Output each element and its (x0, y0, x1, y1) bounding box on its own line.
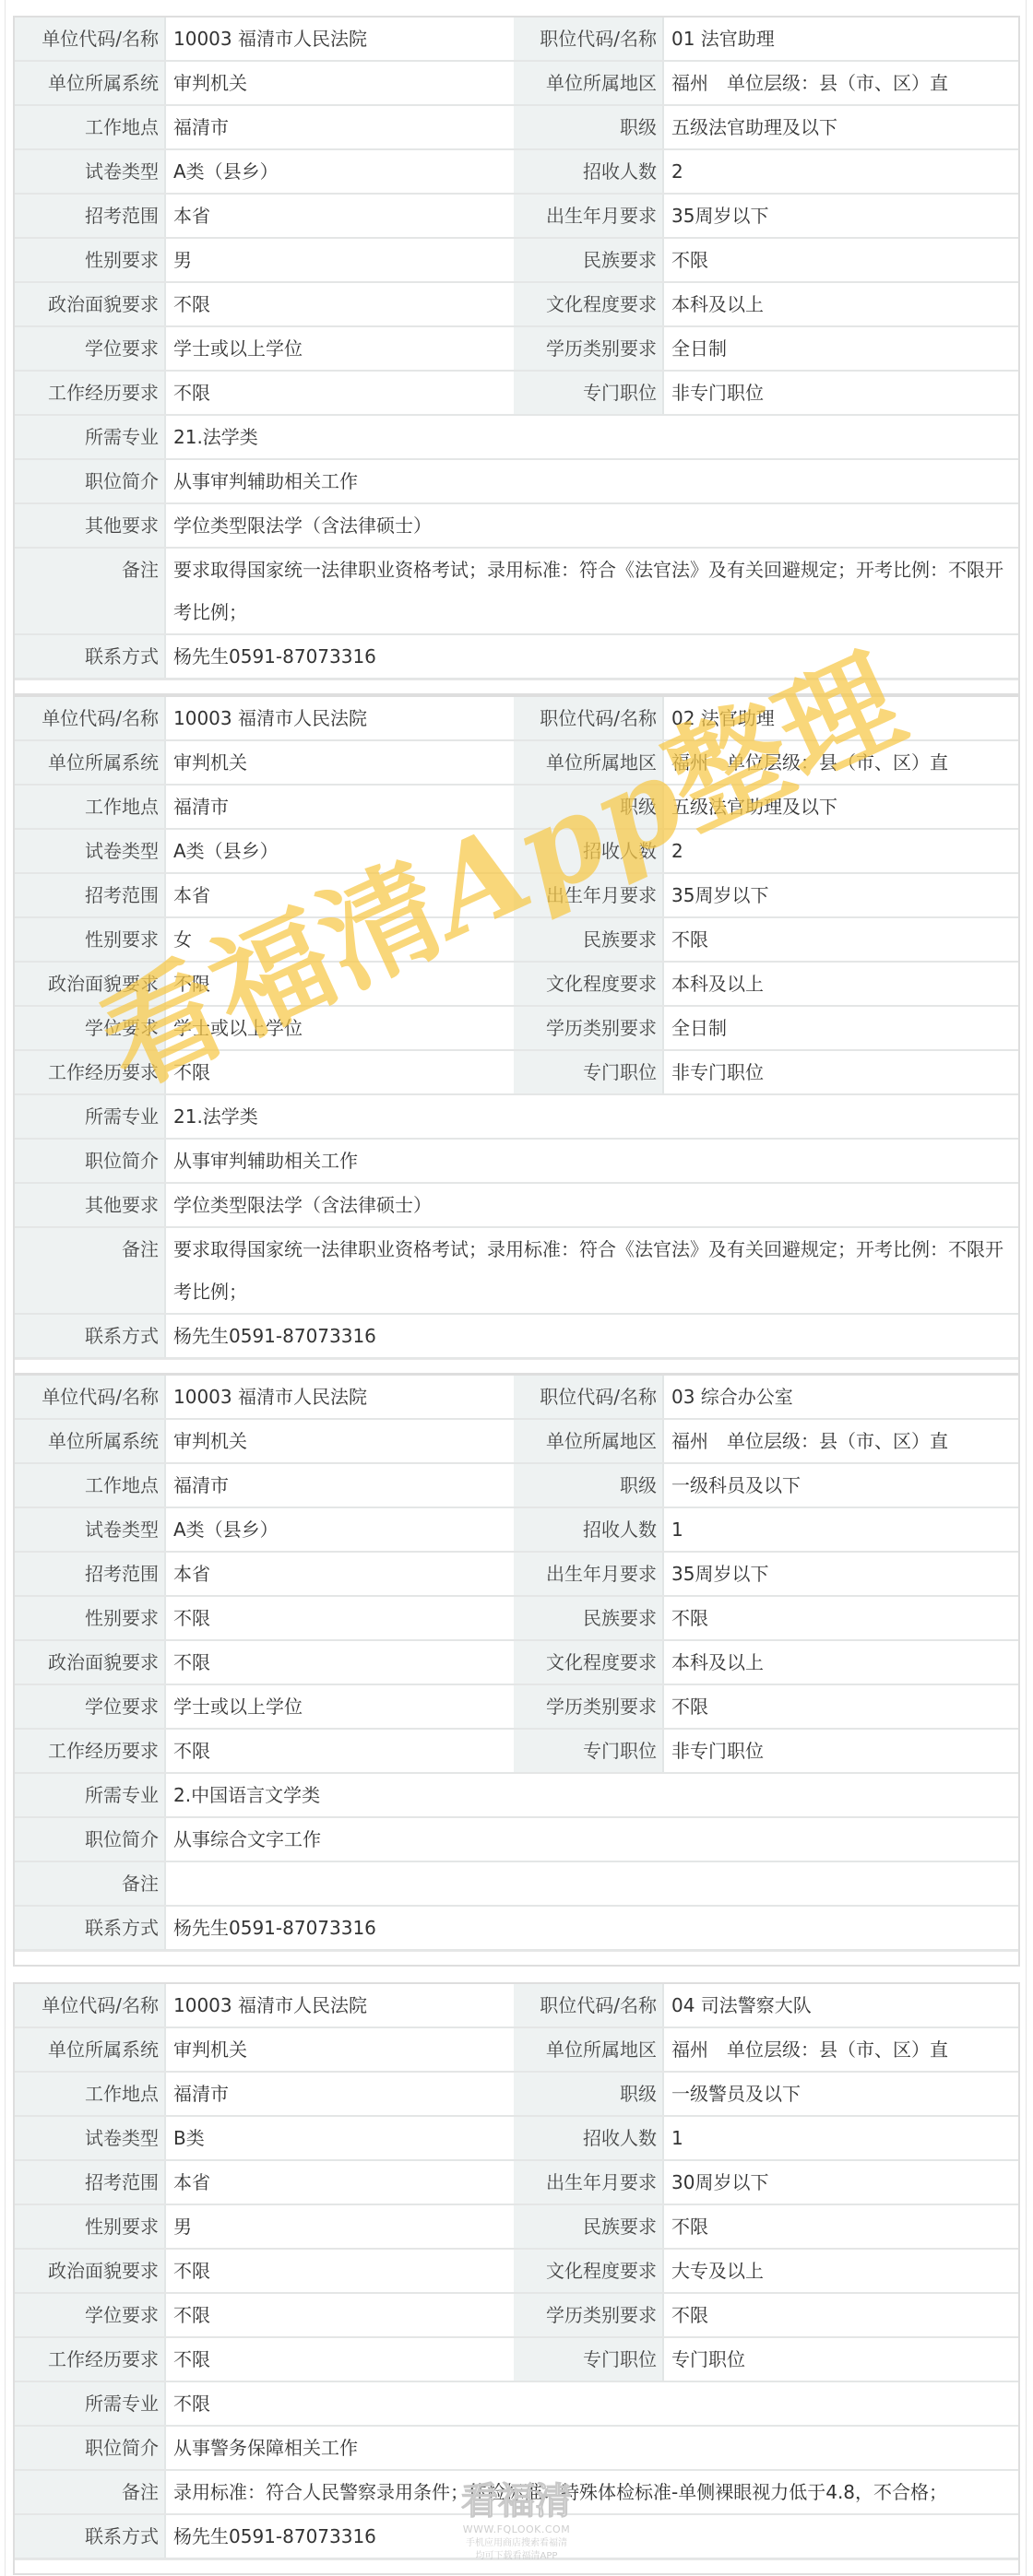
remarks-value (165, 1861, 1018, 1906)
position-code-name-value: 04 司法警察大队 (663, 1984, 1018, 2027)
unit-code-name-label: 单位代码/名称 (15, 1984, 165, 2027)
table-row: 工作地点 福清市 职级 一级科员及以下 (15, 1463, 1018, 1507)
political-req-label: 政治面貌要求 (15, 282, 165, 326)
table-row: 职位简介 从事审判辅助相关工作 (15, 1139, 1018, 1183)
remarks-value: 要求取得国家统一法律职业资格考试；录用标准：符合《法官法》及有关回避规定；开考比… (165, 1227, 1018, 1314)
rank-value: 一级科员及以下 (663, 1463, 1018, 1507)
rank-label: 职级 (514, 105, 663, 149)
contact-value: 杨先生0591-87073316 (165, 2514, 1018, 2558)
age-req-label: 出生年月要求 (514, 1552, 663, 1596)
special-position-value: 专门职位 (663, 2337, 1018, 2381)
unit-region-value: 福州 单位层级：县（市、区）直 (663, 1419, 1018, 1463)
recruit-scope-label: 招考范围 (15, 1552, 165, 1596)
table-row: 学位要求 学士或以上学位 学历类别要求 全日制 (15, 326, 1018, 371)
unit-system-label: 单位所属系统 (15, 740, 165, 785)
unit-code-name-label: 单位代码/名称 (15, 697, 165, 740)
remarks-value: 要求取得国家统一法律职业资格考试；录用标准：符合《法官法》及有关回避规定；开考比… (165, 548, 1018, 634)
unit-region-value: 福州 单位层级：县（市、区）直 (663, 740, 1018, 785)
major-value: 不限 (165, 2381, 1018, 2426)
degree-req-value: 学士或以上学位 (165, 326, 514, 371)
special-position-value: 非专门职位 (663, 371, 1018, 415)
table-row: 联系方式 杨先生0591-87073316 (15, 634, 1018, 679)
table-row: 政治面貌要求 不限 文化程度要求 本科及以上 (15, 962, 1018, 1006)
edu-type-req-value: 全日制 (663, 1006, 1018, 1050)
contact-label: 联系方式 (15, 1314, 165, 1358)
political-req-label: 政治面貌要求 (15, 962, 165, 1006)
table-row: 招考范围 本省 出生年月要求 35周岁以下 (15, 194, 1018, 238)
education-req-label: 文化程度要求 (514, 1640, 663, 1684)
major-value: 2.中国语言文学类 (165, 1773, 1018, 1817)
table-row: 试卷类型 A类（县乡） 招收人数 1 (15, 1507, 1018, 1552)
political-req-value: 不限 (165, 1640, 514, 1684)
recruit-scope-label: 招考范围 (15, 194, 165, 238)
exam-type-value: A类（县乡） (165, 149, 514, 194)
position-card-02: 单位代码/名称 10003 福清市人民法院 职位代码/名称 02 法官助理 单位… (13, 695, 1020, 1375)
unit-code-name-value: 10003 福清市人民法院 (165, 1376, 514, 1419)
major-label: 所需专业 (15, 415, 165, 459)
other-req-value: 学位类型限法学（含法律硕士） (165, 1183, 1018, 1227)
exam-type-label: 试卷类型 (15, 829, 165, 873)
gender-req-label: 性别要求 (15, 238, 165, 282)
work-exp-req-label: 工作经历要求 (15, 371, 165, 415)
work-exp-req-value: 不限 (165, 371, 514, 415)
other-req-label: 其他要求 (15, 1183, 165, 1227)
remarks-value: 录用标准：符合人民警察录用条件；体检标准：特殊体检标准-单侧裸眼视力低于4.8，… (165, 2470, 1018, 2514)
work-exp-req-label: 工作经历要求 (15, 1050, 165, 1094)
ethnicity-req-value: 不限 (663, 238, 1018, 282)
table-row: 联系方式 杨先生0591-87073316 (15, 1906, 1018, 1950)
age-req-label: 出生年月要求 (514, 873, 663, 917)
position-desc-value: 从事综合文字工作 (165, 1817, 1018, 1861)
edu-type-req-value: 全日制 (663, 326, 1018, 371)
gender-req-value: 不限 (165, 1596, 514, 1640)
political-req-value: 不限 (165, 962, 514, 1006)
table-row: 联系方式 杨先生0591-87073316 (15, 2514, 1018, 2558)
table-row: 试卷类型 A类（县乡） 招收人数 2 (15, 829, 1018, 873)
headcount-value: 1 (663, 2116, 1018, 2160)
political-req-label: 政治面貌要求 (15, 1640, 165, 1684)
gender-req-label: 性别要求 (15, 1596, 165, 1640)
headcount-label: 招收人数 (514, 829, 663, 873)
political-req-value: 不限 (165, 282, 514, 326)
special-position-label: 专门职位 (514, 1729, 663, 1773)
edu-type-req-label: 学历类别要求 (514, 1006, 663, 1050)
table-row: 学位要求 学士或以上学位 学历类别要求 全日制 (15, 1006, 1018, 1050)
table-row: 试卷类型 B类 招收人数 1 (15, 2116, 1018, 2160)
gender-req-value: 女 (165, 917, 514, 962)
contact-value: 杨先生0591-87073316 (165, 634, 1018, 679)
edu-type-req-label: 学历类别要求 (514, 1684, 663, 1729)
edu-type-req-label: 学历类别要求 (514, 326, 663, 371)
table-row: 试卷类型 A类（县乡） 招收人数 2 (15, 149, 1018, 194)
contact-value: 杨先生0591-87073316 (165, 1314, 1018, 1358)
work-location-value: 福清市 (165, 785, 514, 829)
table-row: 工作地点 福清市 职级 五级法官助理及以下 (15, 785, 1018, 829)
card-footer (15, 679, 1018, 693)
table-row: 招考范围 本省 出生年月要求 30周岁以下 (15, 2160, 1018, 2204)
other-req-value: 学位类型限法学（含法律硕士） (165, 503, 1018, 548)
position-desc-label: 职位简介 (15, 2426, 165, 2470)
unit-system-value: 审判机关 (165, 740, 514, 785)
ethnicity-req-label: 民族要求 (514, 238, 663, 282)
work-location-value: 福清市 (165, 105, 514, 149)
degree-req-value: 学士或以上学位 (165, 1684, 514, 1729)
degree-req-label: 学位要求 (15, 1684, 165, 1729)
work-exp-req-value: 不限 (165, 1729, 514, 1773)
position-table: 单位代码/名称 10003 福清市人民法院 职位代码/名称 02 法官助理 单位… (15, 697, 1018, 1359)
position-table: 单位代码/名称 10003 福清市人民法院 职位代码/名称 01 法官助理 单位… (15, 18, 1018, 679)
education-req-value: 本科及以上 (663, 962, 1018, 1006)
remarks-label: 备注 (15, 1861, 165, 1906)
unit-region-label: 单位所属地区 (514, 1419, 663, 1463)
position-code-name-label: 职位代码/名称 (514, 1984, 663, 2027)
remarks-label: 备注 (15, 548, 165, 634)
special-position-label: 专门职位 (514, 2337, 663, 2381)
degree-req-label: 学位要求 (15, 2293, 165, 2337)
unit-code-name-value: 10003 福清市人民法院 (165, 1984, 514, 2027)
exam-type-value: A类（县乡） (165, 829, 514, 873)
table-row: 招考范围 本省 出生年月要求 35周岁以下 (15, 873, 1018, 917)
education-req-label: 文化程度要求 (514, 2249, 663, 2293)
work-location-label: 工作地点 (15, 105, 165, 149)
position-desc-value: 从事审判辅助相关工作 (165, 1139, 1018, 1183)
unit-system-value: 审判机关 (165, 1419, 514, 1463)
position-card-01: 单位代码/名称 10003 福清市人民法院 职位代码/名称 01 法官助理 单位… (13, 16, 1020, 695)
table-row: 备注 要求取得国家统一法律职业资格考试；录用标准：符合《法官法》及有关回避规定；… (15, 1227, 1018, 1314)
major-label: 所需专业 (15, 1094, 165, 1139)
exam-type-label: 试卷类型 (15, 2116, 165, 2160)
position-code-name-label: 职位代码/名称 (514, 1376, 663, 1419)
table-row: 所需专业 21.法学类 (15, 415, 1018, 459)
table-row: 备注 (15, 1861, 1018, 1906)
table-row: 所需专业 不限 (15, 2381, 1018, 2426)
table-row: 职位简介 从事审判辅助相关工作 (15, 459, 1018, 503)
age-req-value: 35周岁以下 (663, 1552, 1018, 1596)
age-req-value: 35周岁以下 (663, 194, 1018, 238)
major-label: 所需专业 (15, 1773, 165, 1817)
table-row: 职位简介 从事综合文字工作 (15, 1817, 1018, 1861)
special-position-label: 专门职位 (514, 371, 663, 415)
contact-label: 联系方式 (15, 2514, 165, 2558)
table-row: 政治面貌要求 不限 文化程度要求 本科及以上 (15, 282, 1018, 326)
unit-region-label: 单位所属地区 (514, 740, 663, 785)
table-row: 单位代码/名称 10003 福清市人民法院 职位代码/名称 04 司法警察大队 (15, 1984, 1018, 2027)
work-location-value: 福清市 (165, 2072, 514, 2116)
position-desc-value: 从事审判辅助相关工作 (165, 459, 1018, 503)
special-position-value: 非专门职位 (663, 1050, 1018, 1094)
exam-type-label: 试卷类型 (15, 149, 165, 194)
edu-type-req-value: 不限 (663, 2293, 1018, 2337)
unit-system-label: 单位所属系统 (15, 2027, 165, 2072)
degree-req-value: 不限 (165, 2293, 514, 2337)
rank-value: 五级法官助理及以下 (663, 785, 1018, 829)
major-value: 21.法学类 (165, 1094, 1018, 1139)
headcount-label: 招收人数 (514, 149, 663, 194)
recruit-scope-value: 本省 (165, 1552, 514, 1596)
major-value: 21.法学类 (165, 415, 1018, 459)
political-req-label: 政治面貌要求 (15, 2249, 165, 2293)
table-row: 单位代码/名称 10003 福清市人民法院 职位代码/名称 03 综合办公室 (15, 1376, 1018, 1419)
position-desc-value: 从事警务保障相关工作 (165, 2426, 1018, 2470)
degree-req-label: 学位要求 (15, 326, 165, 371)
table-row: 所需专业 21.法学类 (15, 1094, 1018, 1139)
table-row: 单位代码/名称 10003 福清市人民法院 职位代码/名称 02 法官助理 (15, 697, 1018, 740)
card-footer (15, 2559, 1018, 2573)
other-req-label: 其他要求 (15, 503, 165, 548)
gender-req-label: 性别要求 (15, 917, 165, 962)
remarks-label: 备注 (15, 2470, 165, 2514)
edu-type-req-value: 不限 (663, 1684, 1018, 1729)
headcount-label: 招收人数 (514, 2116, 663, 2160)
recruit-scope-value: 本省 (165, 194, 514, 238)
work-location-value: 福清市 (165, 1463, 514, 1507)
contact-label: 联系方式 (15, 1906, 165, 1950)
table-row: 工作经历要求 不限 专门职位 非专门职位 (15, 371, 1018, 415)
position-card-04: 单位代码/名称 10003 福清市人民法院 职位代码/名称 04 司法警察大队 … (13, 1982, 1020, 2575)
rank-label: 职级 (514, 1463, 663, 1507)
work-exp-req-label: 工作经历要求 (15, 1729, 165, 1773)
position-code-name-value: 03 综合办公室 (663, 1376, 1018, 1419)
position-code-name-label: 职位代码/名称 (514, 18, 663, 61)
table-row: 备注 要求取得国家统一法律职业资格考试；录用标准：符合《法官法》及有关回避规定；… (15, 548, 1018, 634)
table-row: 政治面貌要求 不限 文化程度要求 大专及以上 (15, 2249, 1018, 2293)
position-desc-label: 职位简介 (15, 459, 165, 503)
ethnicity-req-label: 民族要求 (514, 917, 663, 962)
table-row: 工作经历要求 不限 专门职位 专门职位 (15, 2337, 1018, 2381)
table-row: 单位所属系统 审判机关 单位所属地区 福州 单位层级：县（市、区）直 (15, 1419, 1018, 1463)
rank-value: 五级法官助理及以下 (663, 105, 1018, 149)
unit-code-name-label: 单位代码/名称 (15, 18, 165, 61)
table-row: 联系方式 杨先生0591-87073316 (15, 1314, 1018, 1358)
card-footer (15, 1359, 1018, 1373)
special-position-label: 专门职位 (514, 1050, 663, 1094)
unit-system-label: 单位所属系统 (15, 1419, 165, 1463)
ethnicity-req-value: 不限 (663, 1596, 1018, 1640)
gender-req-value: 男 (165, 2204, 514, 2249)
ethnicity-req-value: 不限 (663, 2204, 1018, 2249)
age-req-value: 30周岁以下 (663, 2160, 1018, 2204)
position-table: 单位代码/名称 10003 福清市人民法院 职位代码/名称 03 综合办公室 单… (15, 1376, 1018, 1951)
rank-value: 一级警员及以下 (663, 2072, 1018, 2116)
ethnicity-req-label: 民族要求 (514, 1596, 663, 1640)
table-row: 招考范围 本省 出生年月要求 35周岁以下 (15, 1552, 1018, 1596)
headcount-label: 招收人数 (514, 1507, 663, 1552)
table-row: 性别要求 男 民族要求 不限 (15, 2204, 1018, 2249)
education-req-label: 文化程度要求 (514, 282, 663, 326)
unit-system-label: 单位所属系统 (15, 61, 165, 105)
table-row: 学位要求 不限 学历类别要求 不限 (15, 2293, 1018, 2337)
work-exp-req-value: 不限 (165, 1050, 514, 1094)
table-row: 性别要求 不限 民族要求 不限 (15, 1596, 1018, 1640)
table-row: 其他要求 学位类型限法学（含法律硕士） (15, 1183, 1018, 1227)
age-req-label: 出生年月要求 (514, 2160, 663, 2204)
contact-value: 杨先生0591-87073316 (165, 1906, 1018, 1950)
work-location-label: 工作地点 (15, 785, 165, 829)
political-req-value: 不限 (165, 2249, 514, 2293)
work-exp-req-label: 工作经历要求 (15, 2337, 165, 2381)
gender-req-value: 男 (165, 238, 514, 282)
unit-code-name-value: 10003 福清市人民法院 (165, 697, 514, 740)
table-row: 学位要求 学士或以上学位 学历类别要求 不限 (15, 1684, 1018, 1729)
position-desc-label: 职位简介 (15, 1139, 165, 1183)
education-req-value: 本科及以上 (663, 1640, 1018, 1684)
headcount-value: 1 (663, 1507, 1018, 1552)
ethnicity-req-value: 不限 (663, 917, 1018, 962)
headcount-value: 2 (663, 149, 1018, 194)
remarks-label: 备注 (15, 1227, 165, 1314)
position-code-name-value: 02 法官助理 (663, 697, 1018, 740)
unit-system-value: 审判机关 (165, 61, 514, 105)
education-req-label: 文化程度要求 (514, 962, 663, 1006)
table-row: 职位简介 从事警务保障相关工作 (15, 2426, 1018, 2470)
card-footer (15, 1951, 1018, 1965)
age-req-label: 出生年月要求 (514, 194, 663, 238)
recruit-scope-label: 招考范围 (15, 2160, 165, 2204)
exam-type-value: A类（县乡） (165, 1507, 514, 1552)
rank-label: 职级 (514, 2072, 663, 2116)
table-row: 单位所属系统 审判机关 单位所属地区 福州 单位层级：县（市、区）直 (15, 61, 1018, 105)
edu-type-req-label: 学历类别要求 (514, 2293, 663, 2337)
table-row: 工作经历要求 不限 专门职位 非专门职位 (15, 1729, 1018, 1773)
education-req-value: 大专及以上 (663, 2249, 1018, 2293)
degree-req-label: 学位要求 (15, 1006, 165, 1050)
education-req-value: 本科及以上 (663, 282, 1018, 326)
table-row: 工作地点 福清市 职级 一级警员及以下 (15, 2072, 1018, 2116)
unit-code-name-label: 单位代码/名称 (15, 1376, 165, 1419)
exam-type-label: 试卷类型 (15, 1507, 165, 1552)
unit-region-value: 福州 单位层级：县（市、区）直 (663, 61, 1018, 105)
position-desc-label: 职位简介 (15, 1817, 165, 1861)
unit-region-value: 福州 单位层级：县（市、区）直 (663, 2027, 1018, 2072)
table-row: 其他要求 学位类型限法学（含法律硕士） (15, 503, 1018, 548)
unit-code-name-value: 10003 福清市人民法院 (165, 18, 514, 61)
position-code-name-value: 01 法官助理 (663, 18, 1018, 61)
recruit-scope-value: 本省 (165, 2160, 514, 2204)
special-position-value: 非专门职位 (663, 1729, 1018, 1773)
position-table: 单位代码/名称 10003 福清市人民法院 职位代码/名称 04 司法警察大队 … (15, 1984, 1018, 2559)
table-row: 单位所属系统 审判机关 单位所属地区 福州 单位层级：县（市、区）直 (15, 2027, 1018, 2072)
table-row: 政治面貌要求 不限 文化程度要求 本科及以上 (15, 1640, 1018, 1684)
unit-region-label: 单位所属地区 (514, 61, 663, 105)
gender-req-label: 性别要求 (15, 2204, 165, 2249)
contact-label: 联系方式 (15, 634, 165, 679)
exam-type-value: B类 (165, 2116, 514, 2160)
unit-region-label: 单位所属地区 (514, 2027, 663, 2072)
work-location-label: 工作地点 (15, 1463, 165, 1507)
table-row: 工作经历要求 不限 专门职位 非专门职位 (15, 1050, 1018, 1094)
ethnicity-req-label: 民族要求 (514, 2204, 663, 2249)
age-req-value: 35周岁以下 (663, 873, 1018, 917)
recruit-scope-label: 招考范围 (15, 873, 165, 917)
table-row: 所需专业 2.中国语言文学类 (15, 1773, 1018, 1817)
headcount-value: 2 (663, 829, 1018, 873)
table-row: 单位所属系统 审判机关 单位所属地区 福州 单位层级：县（市、区）直 (15, 740, 1018, 785)
rank-label: 职级 (514, 785, 663, 829)
work-location-label: 工作地点 (15, 2072, 165, 2116)
table-row: 性别要求 男 民族要求 不限 (15, 238, 1018, 282)
recruit-scope-value: 本省 (165, 873, 514, 917)
work-exp-req-value: 不限 (165, 2337, 514, 2381)
unit-system-value: 审判机关 (165, 2027, 514, 2072)
position-card-03: 单位代码/名称 10003 福清市人民法院 职位代码/名称 03 综合办公室 单… (13, 1374, 1020, 1967)
degree-req-value: 学士或以上学位 (165, 1006, 514, 1050)
major-label: 所需专业 (15, 2381, 165, 2426)
table-row: 工作地点 福清市 职级 五级法官助理及以下 (15, 105, 1018, 149)
table-row: 性别要求 女 民族要求 不限 (15, 917, 1018, 962)
table-row: 单位代码/名称 10003 福清市人民法院 职位代码/名称 01 法官助理 (15, 18, 1018, 61)
position-code-name-label: 职位代码/名称 (514, 697, 663, 740)
table-row: 备注 录用标准：符合人民警察录用条件；体检标准：特殊体检标准-单侧裸眼视力低于4… (15, 2470, 1018, 2514)
